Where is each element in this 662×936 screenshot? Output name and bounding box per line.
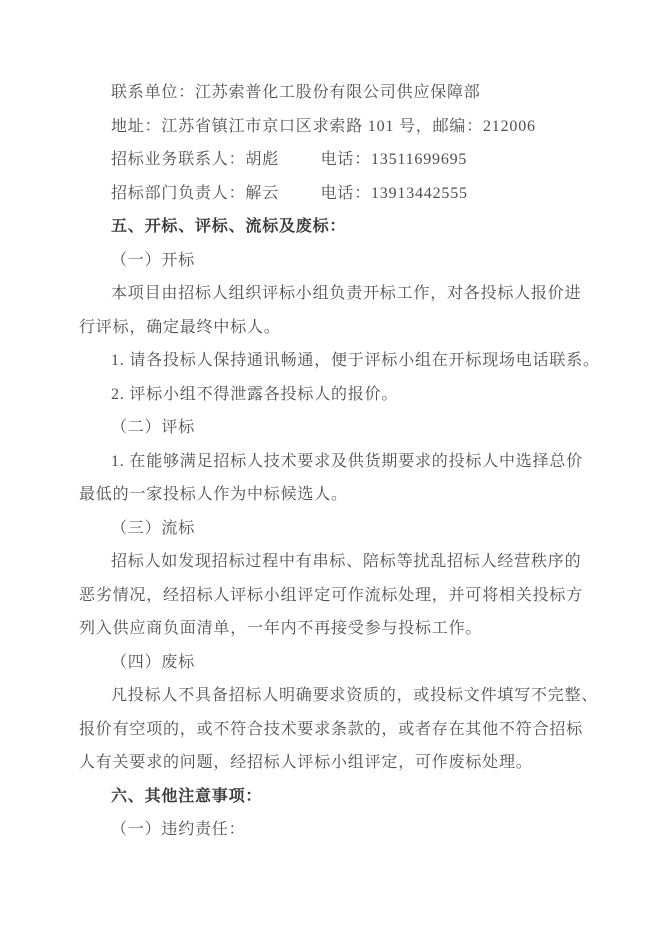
invalid-bid-para-line-2: 报价有空项的，或不符合技术要求条款的，或者存在其他不符合招标 xyxy=(79,713,612,747)
contact-address-line: 地址：江苏省镇江市京口区求索路 101 号，邮编：212006 xyxy=(79,110,612,144)
subsection-invalid-bid-title: （四）废标 xyxy=(79,646,612,680)
document-page: 联系单位：江苏索普化工股份有限公司供应保障部 地址：江苏省镇江市京口区求索路 1… xyxy=(0,0,662,936)
department-head-name: 招标部门负责人：解云 xyxy=(111,185,279,202)
opening-item-1: 1. 请各投标人保持通讯畅通，便于评标小组在开标现场电话联系。 xyxy=(79,344,612,378)
invalid-bid-para-line-1: 凡投标人不具备招标人明确要求资质的，或投标文件填写不完整、 xyxy=(79,679,612,713)
contact-unit-line: 联系单位：江苏索普化工股份有限公司供应保障部 xyxy=(79,76,612,110)
opening-para-line-2: 行评标，确定最终中标人。 xyxy=(79,311,612,345)
contact-business-line: 招标业务联系人：胡彪电话：13511699695 xyxy=(79,143,612,177)
section-five-heading: 五、开标、评标、流标及废标： xyxy=(79,210,612,244)
evaluation-para-line-1: 1. 在能够满足招标人技术要求及供货期要求的投标人中选择总价 xyxy=(79,445,612,479)
business-contact-name: 招标业务联系人：胡彪 xyxy=(111,151,279,168)
failed-bid-para-line-1: 招标人如发现招标过程中有串标、陪标等扰乱招标人经营秩序的 xyxy=(79,545,612,579)
opening-para-line-1: 本项目由招标人组织评标小组负责开标工作，对各投标人报价进 xyxy=(79,277,612,311)
subsection-opening-title: （一）开标 xyxy=(79,244,612,278)
opening-item-2: 2. 评标小组不得泄露各投标人的报价。 xyxy=(79,378,612,412)
department-head-phone: 电话：13913442555 xyxy=(321,185,468,202)
invalid-bid-para-line-3: 人有关要求的问题，经招标人评标小组评定，可作废标处理。 xyxy=(79,746,612,780)
subsection-failed-bid-title: （三）流标 xyxy=(79,512,612,546)
subsection-evaluation-title: （二）评标 xyxy=(79,411,612,445)
business-contact-phone: 电话：13511699695 xyxy=(321,151,468,168)
failed-bid-para-line-2: 恶劣情况，经招标人评标小组评定可作流标处理，并可将相关投标方 xyxy=(79,579,612,613)
document-content: 联系单位：江苏索普化工股份有限公司供应保障部 地址：江苏省镇江市京口区求索路 1… xyxy=(0,0,662,847)
failed-bid-para-line-3: 列入供应商负面清单，一年内不再接受参与投标工作。 xyxy=(79,612,612,646)
section-six-heading: 六、其他注意事项： xyxy=(79,780,612,814)
evaluation-para-line-2: 最低的一家投标人作为中标候选人。 xyxy=(79,478,612,512)
contact-department-line: 招标部门负责人：解云电话：13913442555 xyxy=(79,177,612,211)
violation-responsibility-title: （一）违约责任： xyxy=(79,813,612,847)
